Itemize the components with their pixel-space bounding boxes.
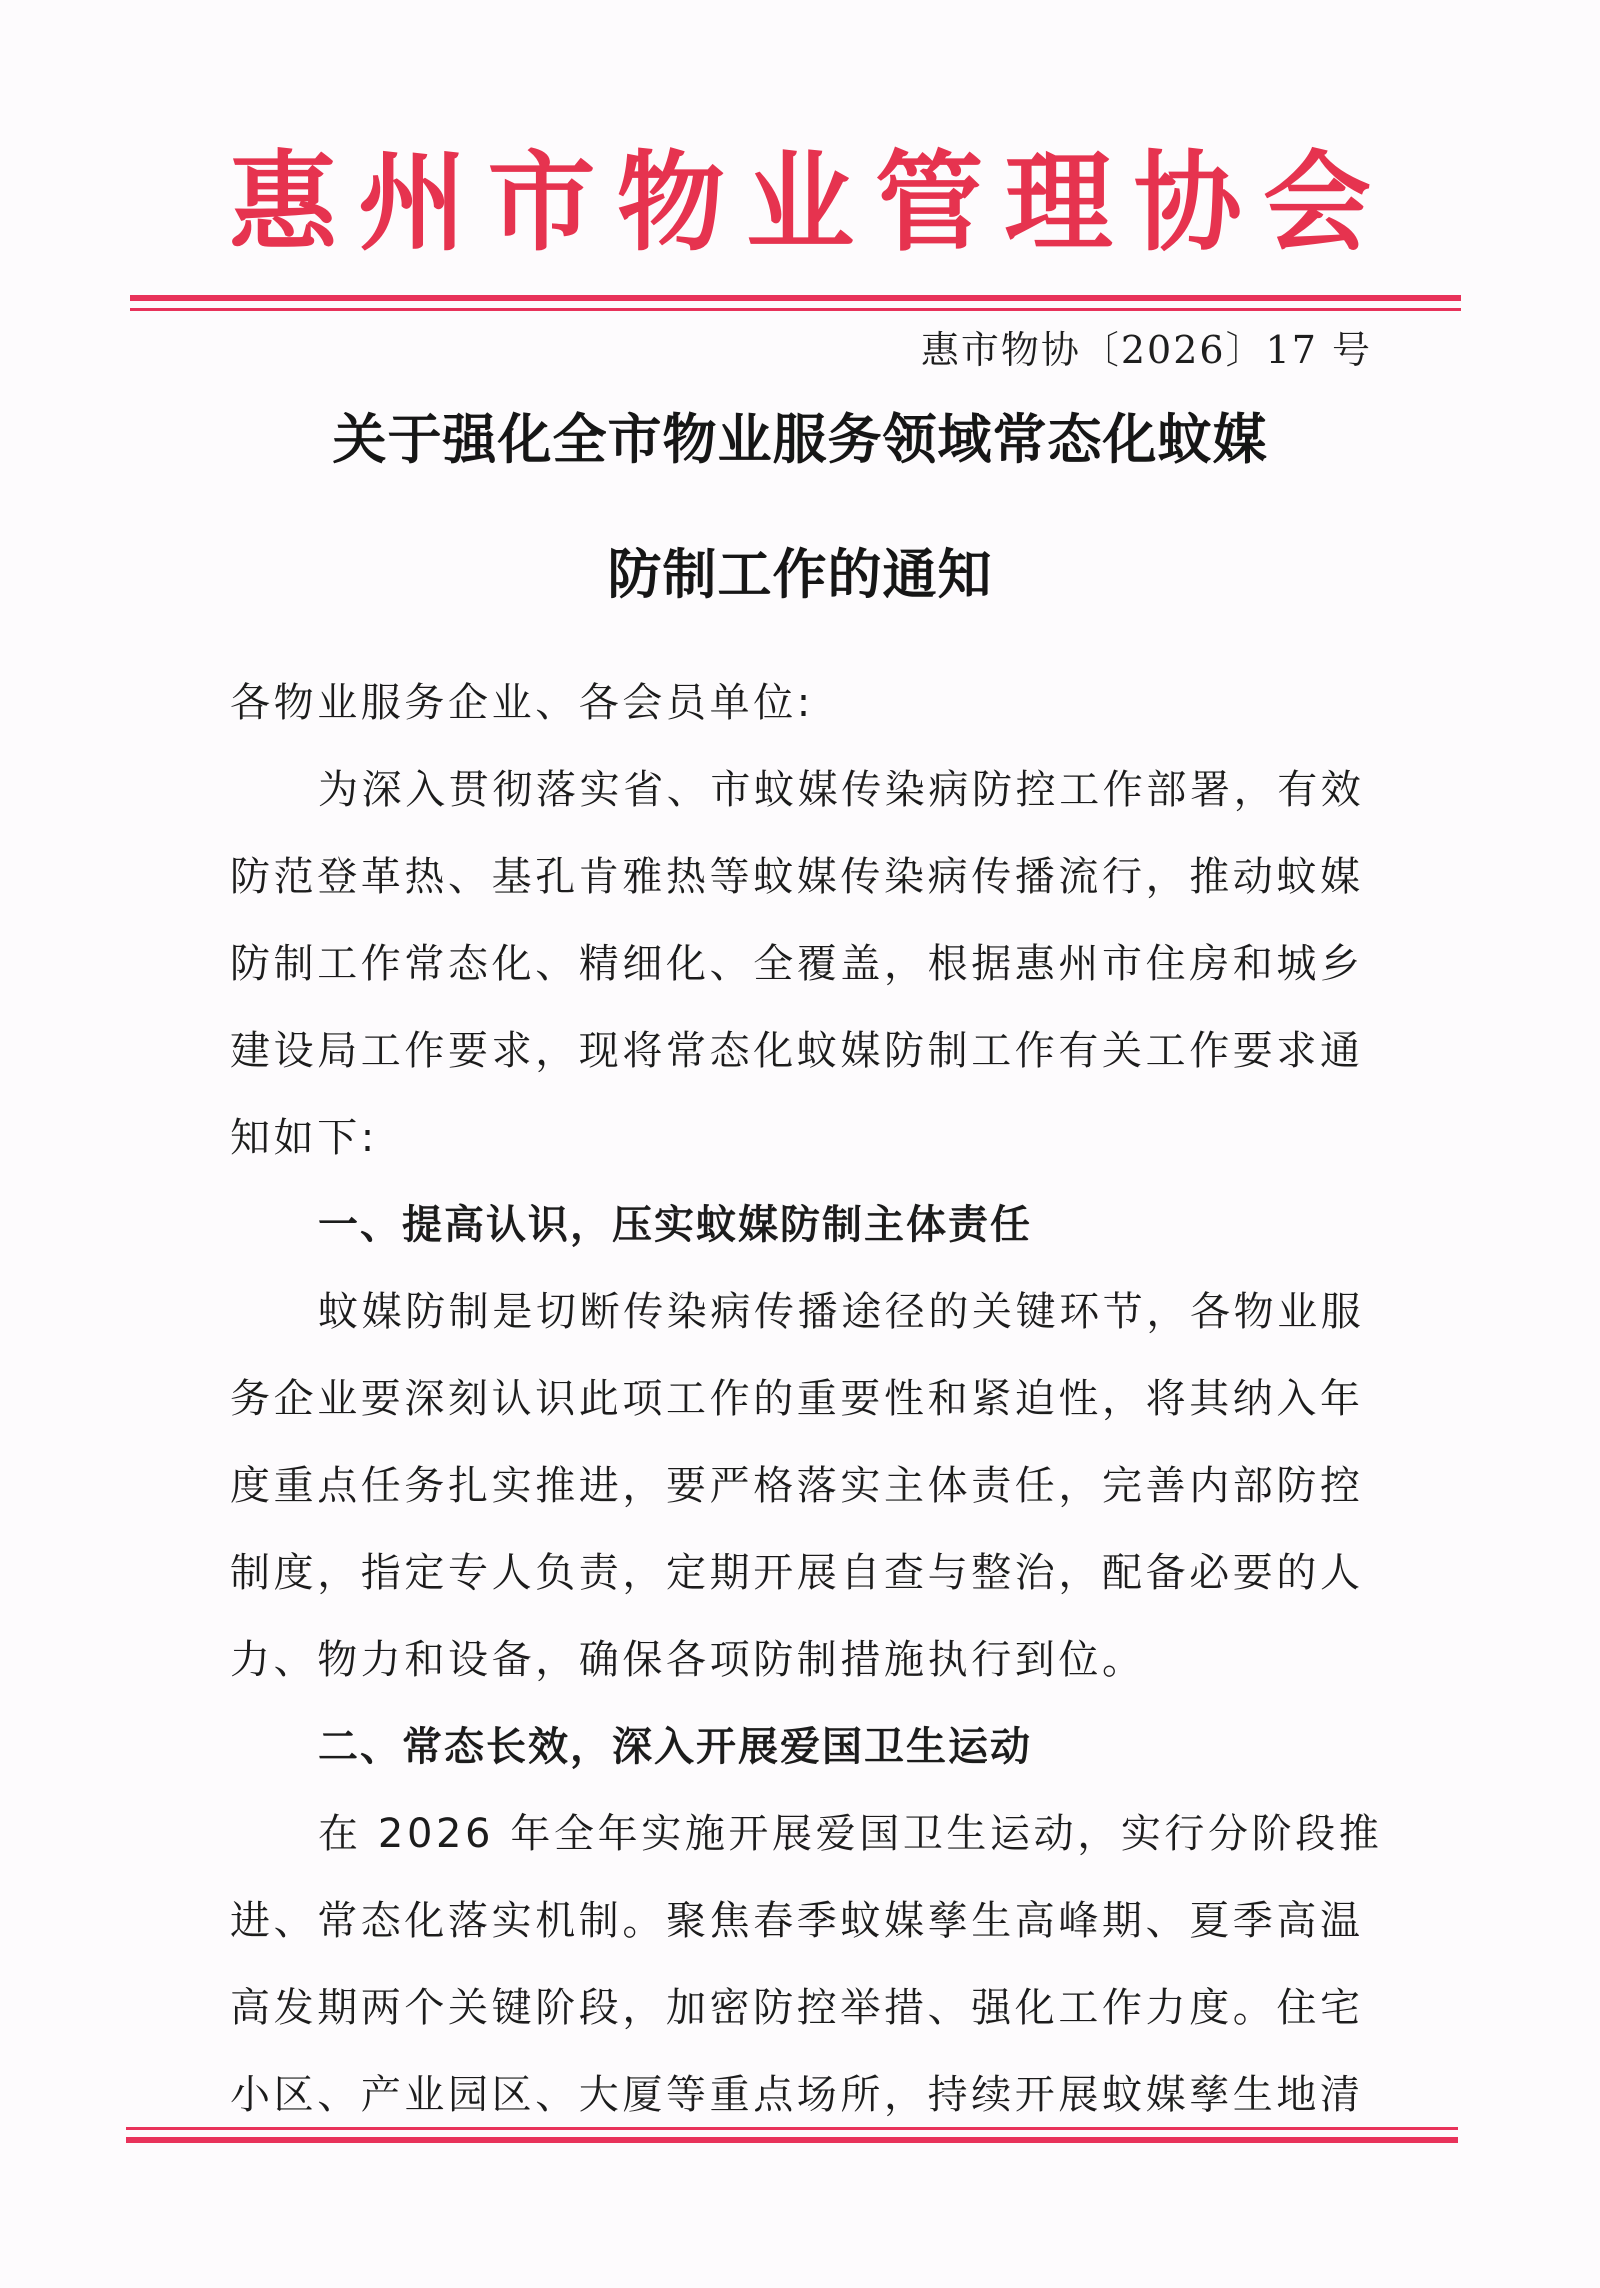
letterhead-char: 业	[742, 138, 858, 268]
paragraph-line: 在 2026 年全年实施开展爱国卫生运动，实行分阶段推	[230, 1791, 1380, 1878]
letterhead-char: 协	[1130, 138, 1246, 268]
document-page: 惠 州 市 物 业 管 理 协 会 惠市物协〔2026〕17 号 关于强化全市物…	[0, 0, 1600, 2288]
paragraph-line: 建设局工作要求，现将常态化蚊媒防制工作有关工作要求通	[230, 1008, 1380, 1095]
salutation: 各物业服务企业、各会员单位:	[230, 660, 1380, 747]
letterhead-char: 管	[871, 138, 987, 268]
footer-divider-thin	[126, 2127, 1458, 2130]
section-heading-1: 一、提高认识，压实蚊媒防制主体责任	[230, 1182, 1380, 1269]
header-divider-thick	[130, 295, 1461, 301]
paragraph-line: 防制工作常态化、精细化、全覆盖，根据惠州市住房和城乡	[230, 921, 1380, 1008]
letterhead-char: 州	[354, 138, 470, 268]
letterhead-char: 物	[613, 138, 729, 268]
document-title-line-2: 防制工作的通知	[0, 540, 1600, 610]
paragraph-line: 力、物力和设备，确保各项防制措施执行到位。	[230, 1617, 1380, 1704]
letterhead-char: 惠	[225, 138, 341, 268]
letterhead-char: 理	[1001, 138, 1117, 268]
letterhead-char: 会	[1259, 138, 1375, 268]
footer-divider-thick	[126, 2137, 1458, 2143]
paragraph-line: 小区、产业园区、大厦等重点场所，持续开展蚊媒孳生地清	[230, 2052, 1380, 2139]
paragraph-line: 蚊媒防制是切断传染病传播途径的关键环节，各物业服	[230, 1269, 1380, 1356]
letterhead-char: 市	[484, 138, 600, 268]
section-heading-2: 二、常态长效，深入开展爱国卫生运动	[230, 1704, 1380, 1791]
document-title-line-1: 关于强化全市物业服务领域常态化蚊媒	[0, 405, 1600, 475]
document-number: 惠市物协〔2026〕17 号	[921, 322, 1372, 378]
paragraph-line: 为深入贯彻落实省、市蚊媒传染病防控工作部署，有效	[230, 747, 1380, 834]
paragraph-line: 进、常态化落实机制。聚焦春季蚊媒孳生高峰期、夏季高温	[230, 1878, 1380, 1965]
paragraph-line: 务企业要深刻认识此项工作的重要性和紧迫性，将其纳入年	[230, 1356, 1380, 1443]
paragraph-line: 制度，指定专人负责，定期开展自查与整治，配备必要的人	[230, 1530, 1380, 1617]
header-divider-thin	[130, 308, 1461, 311]
organization-letterhead: 惠 州 市 物 业 管 理 协 会	[225, 138, 1375, 268]
paragraph-line: 知如下:	[230, 1095, 1380, 1182]
paragraph-line: 高发期两个关键阶段，加密防控举措、强化工作力度。住宅	[230, 1965, 1380, 2052]
paragraph-line: 度重点任务扎实推进，要严格落实主体责任，完善内部防控	[230, 1443, 1380, 1530]
paragraph-line: 防范登革热、基孔肯雅热等蚊媒传染病传播流行，推动蚊媒	[230, 834, 1380, 921]
document-body: 各物业服务企业、各会员单位: 为深入贯彻落实省、市蚊媒传染病防控工作部署，有效 …	[230, 660, 1380, 2139]
